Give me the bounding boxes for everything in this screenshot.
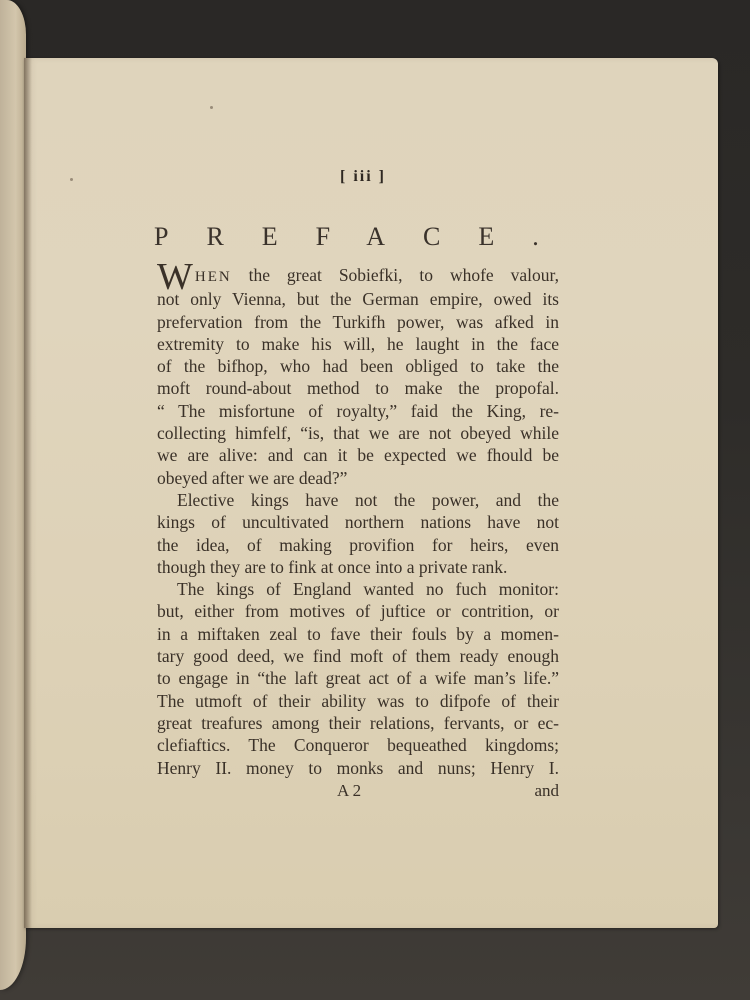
text-line: to engage in “the laft great act of a wi… xyxy=(157,667,559,689)
catchword: and xyxy=(534,781,559,801)
text-line: The utmoft of their ability was to difpo… xyxy=(157,690,559,712)
text-line: great treafures among their relations, f… xyxy=(157,712,559,734)
text-line: not only Vienna, but the German empire, … xyxy=(157,288,559,310)
text-line: extremity to make his will, he laught in… xyxy=(157,333,559,355)
signature-mark: A 2 xyxy=(337,781,361,801)
text-line: tary good deed, we find moft of them rea… xyxy=(157,645,559,667)
paper-speck xyxy=(210,106,213,109)
page-text-block: [ iii ] PREFACE. WHEN the great Sobiefki… xyxy=(157,168,559,803)
preface-body: WHEN the great Sobiefki, to whofe valour… xyxy=(157,264,559,779)
book-page: [ iii ] PREFACE. WHEN the great Sobiefki… xyxy=(24,58,718,928)
text-line: collecting himfelf, “is, that we are not… xyxy=(157,422,559,444)
text-line: obeyed after we are dead?” xyxy=(157,467,559,489)
text-line: in a miftaken zeal to fave their fouls b… xyxy=(157,623,559,645)
text-line: Henry II. money to monks and nuns; Henry… xyxy=(157,757,559,779)
text-line: prefervation from the Turkifh power, was… xyxy=(157,311,559,333)
text-line: moft round-about method to make the prop… xyxy=(157,377,559,399)
text-line: clefiaftics. The Conqueror bequeathed ki… xyxy=(157,734,559,756)
facing-page-edge xyxy=(0,0,26,990)
drop-cap: W xyxy=(157,266,193,288)
text-line: The kings of England wanted no fuch moni… xyxy=(157,578,559,600)
text-line-1: WHEN the great Sobiefki, to whofe valour… xyxy=(157,264,559,288)
text-line: “ The misfortune of royalty,” faid the K… xyxy=(157,400,559,422)
page-footer: A 2 and xyxy=(157,781,559,803)
text-line: we are alive: and can it be expected we … xyxy=(157,444,559,466)
text-line: though they are to fink at once into a p… xyxy=(157,556,559,578)
paper-speck xyxy=(70,178,73,181)
page-title: PREFACE. xyxy=(154,222,559,252)
text-line: kings of uncultivated northern nations h… xyxy=(157,511,559,533)
text-line: but, either from motives of juftice or c… xyxy=(157,600,559,622)
running-head-page-number: [ iii ] xyxy=(157,168,559,186)
gutter-shadow xyxy=(24,58,32,928)
first-word-rest: HEN xyxy=(195,269,232,285)
text-line: the idea, of making provifion for heirs,… xyxy=(157,534,559,556)
text-line: Elective kings have not the power, and t… xyxy=(157,489,559,511)
text-line: of the bifhop, who had been obliged to t… xyxy=(157,355,559,377)
